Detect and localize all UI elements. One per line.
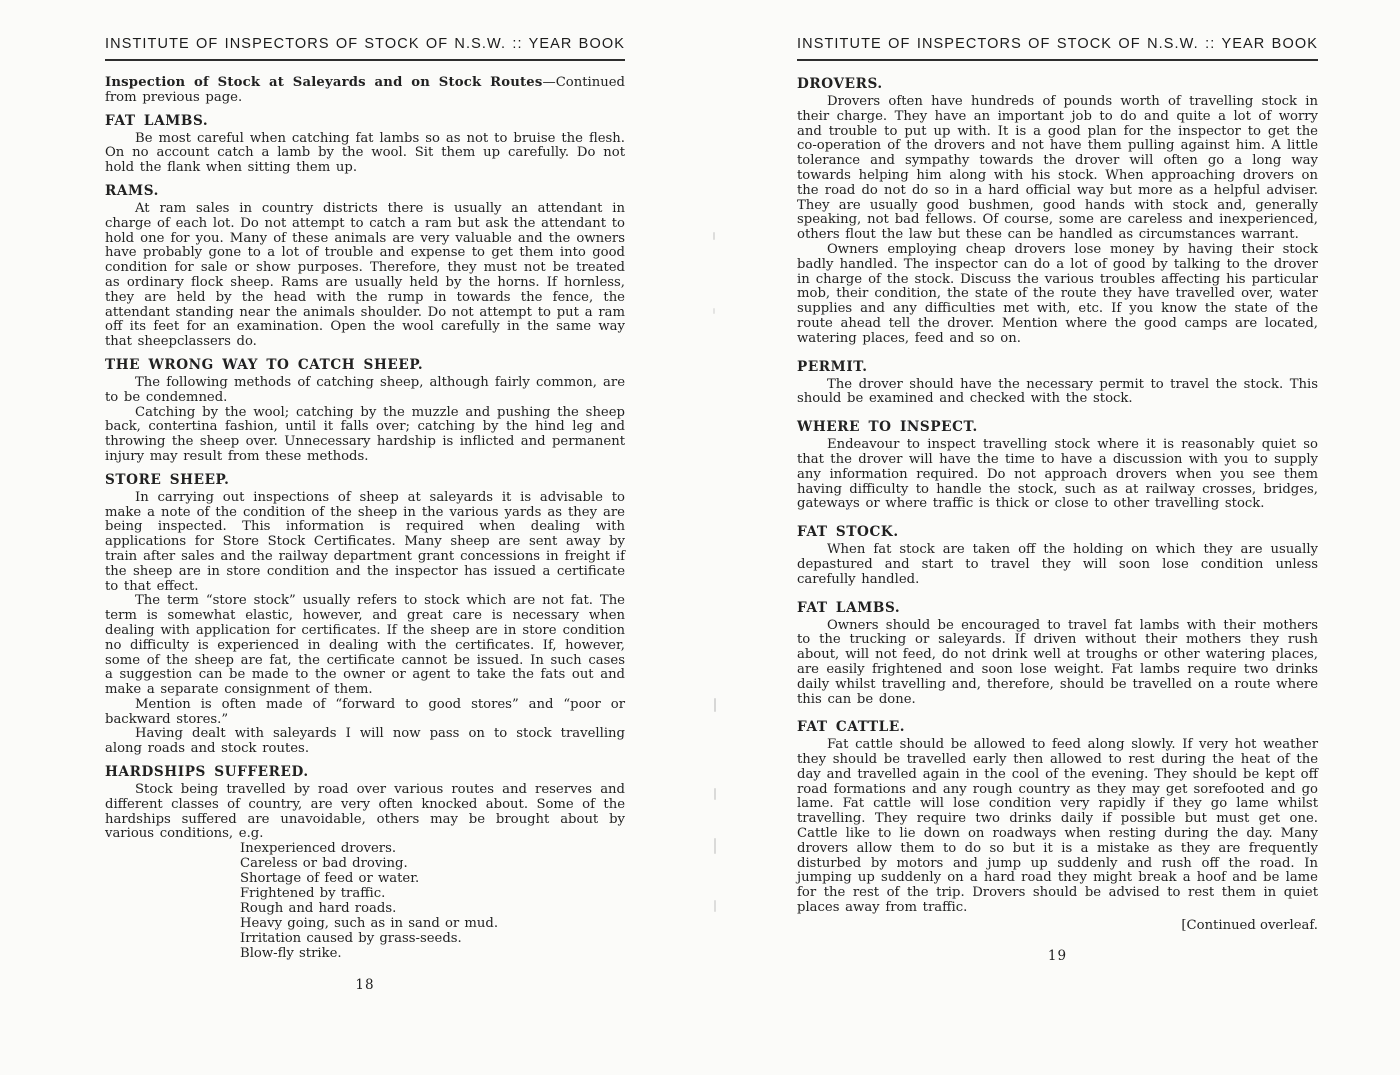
body-paragraph: Mention is often made of “forward to goo… xyxy=(105,698,625,728)
body-paragraph: Having dealt with saleyards I will now p… xyxy=(105,727,625,757)
body-paragraph: Owners employing cheap drovers lose mone… xyxy=(797,243,1318,347)
section-heading-drovers: DROVERS. xyxy=(797,76,1318,92)
body-paragraph: Catching by the wool; catching by the mu… xyxy=(105,406,625,465)
page-19-content: DROVERS. Drovers often have hundreds of … xyxy=(797,76,1318,964)
section-heading-permit: PERMIT. xyxy=(797,359,1318,375)
section-heading-store-sheep: STORE SHEEP. xyxy=(105,472,625,488)
body-paragraph: When fat stock are taken off the holding… xyxy=(797,543,1318,587)
section-heading-hardships: HARDSHIPS SUFFERED. xyxy=(105,764,625,780)
section-heading-fat-lambs-19: FAT LAMBS. xyxy=(797,600,1318,616)
body-paragraph: Endeavour to inspect travelling stock wh… xyxy=(797,438,1318,512)
body-paragraph: Stock being travelled by road over vario… xyxy=(105,783,625,842)
section-heading-rams: RAMS. xyxy=(105,183,625,199)
body-paragraph: Owners should be encouraged to travel fa… xyxy=(797,619,1318,708)
continuation-lead: Inspection of Stock at Saleyards and on … xyxy=(105,76,625,106)
body-paragraph: In carrying out inspections of sheep at … xyxy=(105,491,625,595)
hardship-item: Irritation caused by grass-seeds. xyxy=(240,932,625,947)
section-heading-fat-cattle: FAT CATTLE. xyxy=(797,719,1318,735)
body-paragraph: The drover should have the necessary per… xyxy=(797,378,1318,408)
body-paragraph: Drovers often have hundreds of pounds wo… xyxy=(797,95,1318,243)
page-18: INSTITUTE OF INSPECTORS OF STOCK OF N.S.… xyxy=(105,0,625,1075)
body-paragraph: The term “store stock” usually refers to… xyxy=(105,594,625,698)
body-paragraph: Be most careful when catching fat lambs … xyxy=(105,132,625,176)
page-number-right: 19 xyxy=(797,948,1318,964)
section-heading-where-to-inspect: WHERE TO INSPECT. xyxy=(797,419,1318,435)
hardship-item: Rough and hard roads. xyxy=(240,902,625,917)
page-number-left: 18 xyxy=(105,977,625,993)
gutter-fold-mark xyxy=(714,900,716,912)
gutter-fold-mark xyxy=(714,788,716,800)
gutter-fold-mark xyxy=(713,232,715,240)
hardships-list: Inexperienced drovers. Careless or bad d… xyxy=(240,842,625,961)
hardship-item: Careless or bad droving. xyxy=(240,857,625,872)
body-paragraph: At ram sales in country districts there … xyxy=(105,202,625,350)
body-paragraph: The following methods of catching sheep,… xyxy=(105,376,625,406)
page-18-content: Inspection of Stock at Saleyards and on … xyxy=(105,76,625,993)
section-heading-fat-lambs-18: FAT LAMBS. xyxy=(105,113,625,129)
hardship-item: Blow-fly strike. xyxy=(240,947,625,962)
continued-overleaf-note: [Continued overleaf. xyxy=(797,918,1318,933)
hardship-item: Frightened by traffic. xyxy=(240,887,625,902)
running-header-right: INSTITUTE OF INSPECTORS OF STOCK OF N.S.… xyxy=(797,36,1318,61)
gutter-fold-mark xyxy=(714,838,716,854)
gutter-fold-mark xyxy=(714,698,716,712)
hardship-item: Heavy going, such as in sand or mud. xyxy=(240,917,625,932)
continuation-title: Inspection of Stock at Saleyards and on … xyxy=(105,75,543,90)
section-heading-wrong-way: THE WRONG WAY TO CATCH SHEEP. xyxy=(105,357,625,373)
page-19: INSTITUTE OF INSPECTORS OF STOCK OF N.S.… xyxy=(797,0,1318,1075)
running-header-left: INSTITUTE OF INSPECTORS OF STOCK OF N.S.… xyxy=(105,36,625,61)
section-heading-fat-stock: FAT STOCK. xyxy=(797,524,1318,540)
body-paragraph: Fat cattle should be allowed to feed alo… xyxy=(797,738,1318,916)
gutter-fold-mark xyxy=(713,308,715,314)
hardship-item: Inexperienced drovers. xyxy=(240,842,625,857)
hardship-item: Shortage of feed or water. xyxy=(240,872,625,887)
